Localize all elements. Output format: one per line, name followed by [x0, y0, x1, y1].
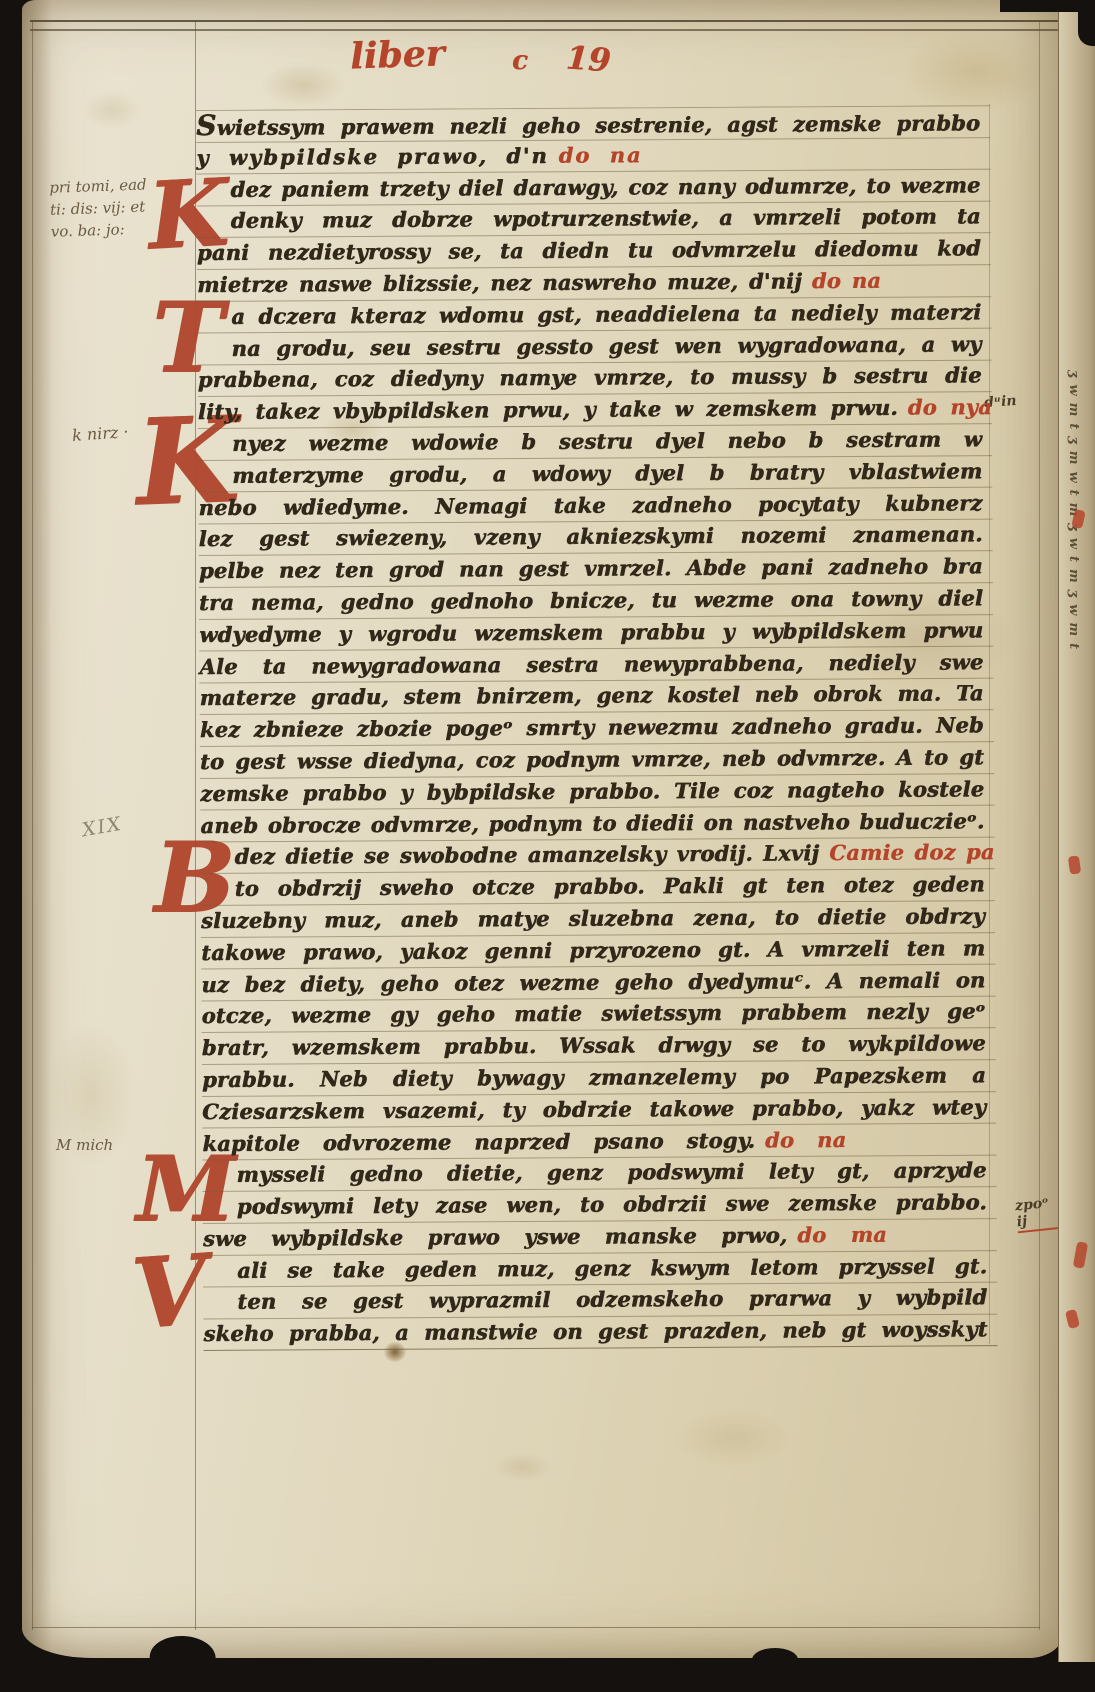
line-text: dez paniem trzety diel darawgy, coz nany… — [230, 172, 980, 202]
text-line: mietrze naswe blizssie, nez naswreho muz… — [197, 264, 991, 301]
right-margin-note: zpoᵒ ij — [1014, 1194, 1062, 1234]
line-text: bratr, wzemskem prabbu. Wssak drwgy se t… — [202, 1030, 986, 1060]
text-line: lity, takez vbybpildsken prwu, y take w … — [198, 391, 992, 428]
parchment-stain — [492, 1452, 552, 1482]
line-text: prabbu. Neb diety bywagy zmanzelemy po P… — [202, 1062, 986, 1092]
line-rubric — [985, 967, 995, 992]
bottom-frame-line — [32, 1627, 1040, 1628]
text-line: kez zbnieze zbozie pogeᵒ smrty newezmu z… — [200, 709, 994, 746]
line-text: pelbe nez ten grod nan gest vmrzel. Abde… — [199, 553, 983, 583]
line-rubric — [983, 649, 993, 674]
line-rubric — [985, 935, 995, 960]
line-text: pani nezdietyrossy se, ta diedn tu odvmr… — [197, 235, 981, 265]
line-rubric — [984, 744, 994, 769]
parchment-stain — [900, 30, 1050, 114]
text-line: mysseli gedno dietie, genz podswymi lety… — [202, 1154, 996, 1191]
text-line: ali se take geden muz, genz kswym letom … — [203, 1250, 997, 1287]
line-rubric — [985, 871, 995, 896]
text-line: uz bez diety, geho otez wezme geho dyedy… — [201, 964, 995, 1001]
parchment-stain — [260, 62, 346, 108]
text-line: dez paniem trzety diel darawgy, coz nany… — [196, 169, 990, 206]
line-rubric — [983, 617, 993, 642]
text-line: lez gest swiezeny, vzeny akniezskymi noz… — [199, 519, 993, 556]
text-line: nyez wezme wdowie b sestru dyel nebo b s… — [198, 423, 992, 460]
line-rubric — [984, 712, 994, 737]
text-line: bratr, wzemskem prabbu. Wssak drwgy se t… — [202, 1027, 996, 1064]
line-text: lez gest swiezeny, vzeny akniezskymi noz… — [199, 522, 983, 552]
text-line: sluzebny muz, aneb matye sluzebna zena, … — [201, 900, 995, 937]
line-rubric — [985, 998, 995, 1023]
text-line: wdyedyme y wgrodu wzemskem prabbu y wybp… — [199, 614, 993, 651]
line-rubric — [982, 458, 992, 483]
fore-edge-pages: ʒwmtʒmwtmʒwtmʒwmt — [1058, 10, 1095, 1662]
line-text: wdyedyme y wgrodu wzemskem prabbu y wybp… — [199, 617, 983, 647]
line-rubric — [983, 680, 993, 705]
text-block: Swietssym prawem nezli geho sestrenie, a… — [196, 105, 998, 1351]
line-text: takowe prawo, yakoz genni przyrozeno gt.… — [201, 935, 985, 965]
rubricated-initial: V — [129, 1242, 210, 1343]
text-line: materze gradu, stem bnirzem, genz kostel… — [199, 677, 993, 714]
line-rubric — [981, 204, 991, 229]
text-line: Swietssym prawem nezli geho sestrenie, a… — [196, 105, 990, 142]
line-text: kapitole odvrozeme naprzed psano stogy. — [202, 1127, 755, 1155]
line-rubric — [983, 585, 993, 610]
manuscript-photo: liber c 19 K T K B M V pri tomi, ead ti:… — [0, 0, 1095, 1692]
line-text: denky muz dobrze wpotrurzenstwie, a vmrz… — [231, 204, 981, 234]
line-rubric — [987, 1316, 997, 1341]
fore-edge-red-mark — [1071, 509, 1086, 529]
line-rubric — [982, 363, 992, 388]
line-text: dez dietie se swobodne amanzelsky vrodij… — [234, 841, 819, 870]
top-ruling-line — [30, 20, 1058, 22]
photo-background-corner — [1078, 0, 1095, 46]
line-rubric — [986, 1030, 996, 1055]
line-text: ten se gest wyprazmil odzemskeho prarwa … — [237, 1285, 987, 1315]
line-text: skeho prabba, a manstwie on gest prazden… — [203, 1316, 987, 1346]
line-text: prabbena, coz diedyny namye vmrze, to mu… — [198, 363, 982, 393]
line-rubric — [986, 1062, 996, 1087]
line-rubric — [980, 110, 990, 135]
line-text: to gest wsse diedyna, coz podnym vmrze, … — [200, 744, 984, 774]
fore-edge-red-mark — [1068, 855, 1081, 874]
line-text: Swietssym prawem nezli geho sestrenie, a… — [196, 110, 980, 140]
line-text: y wybpildske prawo, d'n — [196, 143, 548, 170]
text-line: Cziesarzskem vsazemi, ty obdrzie takowe … — [202, 1091, 996, 1128]
text-line: prabbena, coz diedyny namye vmrze, to mu… — [198, 360, 992, 397]
line-rubric — [981, 235, 991, 260]
line-text: zemske prabbo y bybpildske prabbo. Tile … — [200, 776, 984, 806]
text-line: a dczera kteraz wdomu gst, neaddielena t… — [197, 296, 991, 333]
running-header-chapter: c — [512, 46, 528, 76]
line-rubric — [982, 426, 992, 451]
line-rubric: do na — [755, 1127, 846, 1153]
line-rubric — [981, 299, 991, 324]
text-line: pelbe nez ten grod nan gest vmrzel. Abde… — [199, 550, 993, 587]
parchment-stain — [672, 1408, 792, 1468]
text-line: dez dietie se swobodne amanzelsky vrodij… — [200, 836, 994, 873]
line-text: mietrze naswe blizssie, nez naswreho muz… — [197, 268, 802, 297]
folio-number: 19 — [565, 38, 612, 79]
line-text: to obdrzij sweho otcze prabbo. Pakli gt … — [235, 871, 985, 901]
line-rubric — [984, 808, 994, 833]
line-rubric: do nya — [898, 394, 992, 420]
line-text: tra nema, gedno gednoho bnicze, tu wezme… — [199, 585, 983, 615]
line-text: lity, takez vbybpildsken prwu, y take w … — [198, 395, 898, 424]
torn-edge-notch — [150, 1635, 217, 1658]
torn-edge-notch — [752, 1648, 798, 1658]
line-text: aneb obrocze odvmrze, podnym to diedii o… — [200, 808, 984, 838]
line-rubric — [983, 553, 993, 578]
line-rubric — [981, 331, 991, 356]
line-rubric — [985, 903, 995, 928]
text-line: pani nezdietyrossy se, ta diedn tu odvmr… — [197, 232, 991, 269]
text-line: na grodu, seu sestru gessto gest wen wyg… — [197, 328, 991, 365]
text-line: kapitole odvrozeme naprzed psano stogy.d… — [202, 1123, 996, 1160]
parchment-stain — [82, 90, 142, 130]
line-rubric — [980, 172, 990, 197]
line-text: kez zbnieze zbozie pogeᵒ smrty newezmu z… — [200, 712, 984, 742]
line-text: nyez wezme wdowie b sestru dyel nebo b s… — [232, 426, 982, 456]
text-line: swe wybpildske prawo yswe manske prwo,do… — [203, 1218, 997, 1255]
line-text: otcze, wezme gy geho matie swietssym pra… — [201, 999, 985, 1029]
text-line: denky muz dobrze wpotrurzenstwie, a vmrz… — [197, 201, 991, 238]
text-line: Ale ta newygradowana sestra newyprabbena… — [199, 646, 993, 683]
line-rubric — [986, 1157, 996, 1182]
running-header-title: liber — [349, 32, 445, 77]
margin-note: k nirz · — [71, 422, 129, 445]
line-rubric — [987, 1285, 997, 1310]
text-line: materzyme grodu, a wdowy dyel b bratry v… — [198, 455, 992, 492]
top-ruling-line — [30, 29, 1058, 31]
line-text: na grodu, seu sestru gessto gest wen wyg… — [231, 331, 981, 361]
line-rubric: do na — [802, 268, 881, 293]
line-text: nebo wdiedyme. Nemagi take zadneho pocyt… — [198, 490, 982, 520]
line-text: swe wybpildske prawo yswe manske prwo, — [203, 1222, 788, 1251]
text-line: podswymi lety zase wen, to obdrzii swe z… — [203, 1186, 997, 1223]
text-line: otcze, wezme gy geho matie swietssym pra… — [201, 995, 995, 1032]
margin-citation-note: pri tomi, ead ti: dis: vij: et vo. ba: j… — [49, 171, 211, 243]
margin-note: M mich — [56, 1136, 113, 1154]
line-rubric — [986, 1094, 996, 1119]
line-text: sluzebny muz, aneb matye sluzebna zena, … — [201, 903, 985, 933]
left-margin-line — [32, 20, 33, 1630]
text-line: nebo wdiedyme. Nemagi take zadneho pocyt… — [198, 487, 992, 524]
text-line: to obdrzij sweho otcze prabbo. Pakli gt … — [201, 868, 995, 905]
text-line: zemske prabbo y bybpildske prabbo. Tile … — [200, 773, 994, 810]
line-rubric: do na — [549, 142, 643, 168]
margin-chapter-numeral: XIX — [80, 813, 124, 842]
line-text: Ale ta newygradowana sestra newyprabbena… — [199, 649, 983, 679]
text-line: takowe prawo, yakoz genni przyrozeno gt.… — [201, 932, 995, 969]
line-text: ali se take geden muz, genz kswym letom … — [237, 1253, 987, 1283]
line-text: materze gradu, stem bnirzem, genz kostel… — [200, 681, 984, 711]
line-text: mysseli gedno dietie, genz podswymi lety… — [236, 1157, 986, 1187]
line-rubric — [987, 1253, 997, 1278]
text-line: to gest wsse diedyna, coz podnym vmrze, … — [200, 741, 994, 778]
binding-gutter-shadow — [22, 0, 52, 1658]
line-rubric — [982, 490, 992, 515]
line-text: materzyme grodu, a wdowy dyel b bratry v… — [232, 458, 982, 488]
line-rubric: do ma — [787, 1222, 887, 1248]
text-line: ten se gest wyprazmil odzemskeho prarwa … — [203, 1282, 997, 1319]
line-rubric: Camie doz pa — [819, 839, 995, 865]
text-line: prabbu. Neb diety bywagy zmanzelemy po P… — [202, 1059, 996, 1096]
right-margin-line — [1039, 20, 1040, 1630]
text-line: y wybpildske prawo, d'ndo na — [196, 137, 990, 174]
line-rubric — [983, 522, 993, 547]
text-line: tra nema, gedno gednoho bnicze, tu wezme… — [199, 582, 993, 619]
line-rubric — [987, 1189, 997, 1214]
line-text: Cziesarzskem vsazemi, ty obdrzie takowe … — [202, 1094, 986, 1124]
line-text: uz bez diety, geho otez wezme geho dyedy… — [201, 967, 985, 997]
line-rubric — [984, 776, 994, 801]
line-text: a dczera kteraz wdomu gst, neaddielena t… — [231, 299, 981, 329]
manuscript-page: liber c 19 K T K B M V pri tomi, ead ti:… — [22, 0, 1062, 1658]
text-line: skeho prabba, a manstwie on gest prazden… — [203, 1313, 997, 1350]
text-line: aneb obrocze odvmrze, podnym to diedii o… — [200, 805, 994, 842]
line-text: podswymi lety zase wen, to obdrzii swe z… — [237, 1189, 987, 1219]
